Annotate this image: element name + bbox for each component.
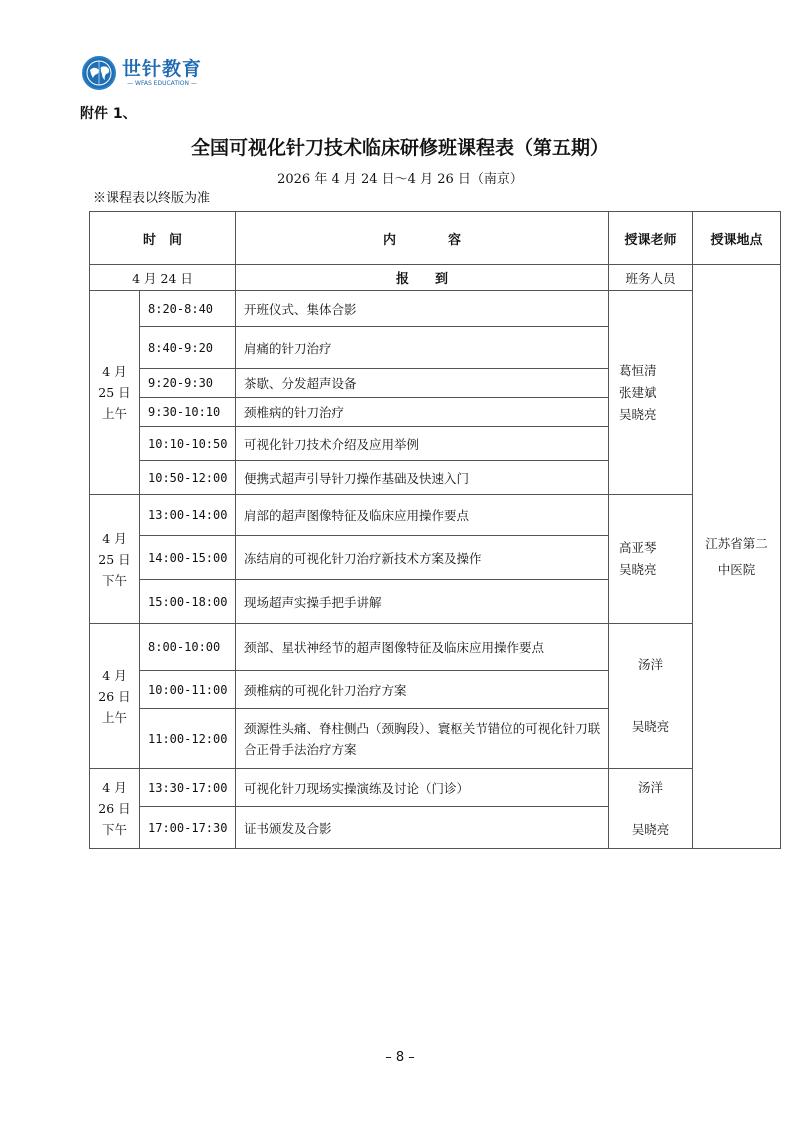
header-teacher: 授课老师 [609,212,693,265]
session-content: 颈椎病的可视化针刀治疗方案 [236,671,609,709]
date-range: 2026 年 4 月 24 日～4 月 26 日（南京） [0,168,800,187]
session-time: 11:00-12:00 [140,709,236,769]
registration-content: 报 到 [236,265,609,291]
session-content: 证书颁发及合影 [236,807,609,849]
teacher-cell: 高亚琴吴晓亮 [609,495,693,624]
session-time: 13:00-14:00 [140,495,236,536]
session-time: 10:50-12:00 [140,461,236,495]
teacher-cell: 汤洋 吴晓亮 [609,769,693,849]
globe-icon [82,56,116,90]
session-time: 8:40-9:20 [140,327,236,369]
page-title: 全国可视化针刀技术临床研修班课程表（第五期） [0,133,800,160]
session-time: 10:00-11:00 [140,671,236,709]
session-content: 可视化针刀现场实操演练及讨论（门诊） [236,769,609,807]
session-time: 9:30-10:10 [140,398,236,427]
session-time: 15:00-18:00 [140,580,236,624]
day-cell: 4 月25 日上午 [90,291,140,495]
teacher-cell: 葛恒清张建斌吴晓亮 [609,291,693,495]
session-content: 便携式超声引导针刀操作基础及快速入门 [236,461,609,495]
session-content: 颈椎病的针刀治疗 [236,398,609,427]
registration-teacher: 班务人员 [609,265,693,291]
session-time: 8:20-8:40 [140,291,236,327]
session-content: 颈部、星状神经节的超声图像特征及临床应用操作要点 [236,624,609,671]
attachment-label: 附件 1、 [80,103,137,123]
table-row: 4 月25 日上午 8:20-8:40 开班仪式、集体合影 葛恒清张建斌吴晓亮 [90,291,781,327]
session-content: 肩部的超声图像特征及临床应用操作要点 [236,495,609,536]
table-header-row: 时 间 内 容 授课老师 授课地点 [90,212,781,265]
table-row: 4 月26 日上午 8:00-10:00 颈部、星状神经节的超声图像特征及临床应… [90,624,781,671]
session-time: 10:10-10:50 [140,427,236,461]
header-content: 内 容 [236,212,609,265]
header-location: 授课地点 [693,212,781,265]
page-number: – 8 – [0,1050,800,1065]
session-content: 可视化针刀技术介绍及应用举例 [236,427,609,461]
logo-english-text: — WFAS EDUCATION — [127,80,197,88]
session-time: 8:00-10:00 [140,624,236,671]
location-cell: 江苏省第二 中医院 [693,265,781,849]
day-cell: 4 月26 日下午 [90,769,140,849]
table-row: 4 月 24 日 报 到 班务人员 江苏省第二 中医院 [90,265,781,291]
day-cell: 4 月26 日上午 [90,624,140,769]
session-content: 茶歇、分发超声设备 [236,369,609,398]
wfas-logo: 世针教育 — WFAS EDUCATION — [82,56,202,90]
session-time: 13:30-17:00 [140,769,236,807]
session-content: 开班仪式、集体合影 [236,291,609,327]
session-content: 肩痛的针刀治疗 [236,327,609,369]
schedule-note: ※课程表以终版为准 [93,187,210,206]
table-row: 4 月26 日下午 13:30-17:00 可视化针刀现场实操演练及讨论（门诊）… [90,769,781,807]
session-time: 14:00-15:00 [140,536,236,580]
session-time: 17:00-17:30 [140,807,236,849]
course-schedule-table: 时 间 内 容 授课老师 授课地点 4 月 24 日 报 到 班务人员 江苏省第… [89,211,781,849]
session-content: 冻结肩的可视化针刀治疗新技术方案及操作 [236,536,609,580]
session-content: 颈源性头痛、脊柱侧凸（颈胸段）、寰枢关节错位的可视化针刀联合正骨手法治疗方案 [236,709,609,769]
teacher-cell: 汤洋 吴晓亮 [609,624,693,769]
table-row: 4 月25 日下午 13:00-14:00 肩部的超声图像特征及临床应用操作要点… [90,495,781,536]
logo-chinese-text: 世针教育 [122,58,202,80]
session-time: 9:20-9:30 [140,369,236,398]
registration-date: 4 月 24 日 [90,265,236,291]
session-content: 现场超声实操手把手讲解 [236,580,609,624]
header-time: 时 间 [90,212,236,265]
day-cell: 4 月25 日下午 [90,495,140,624]
